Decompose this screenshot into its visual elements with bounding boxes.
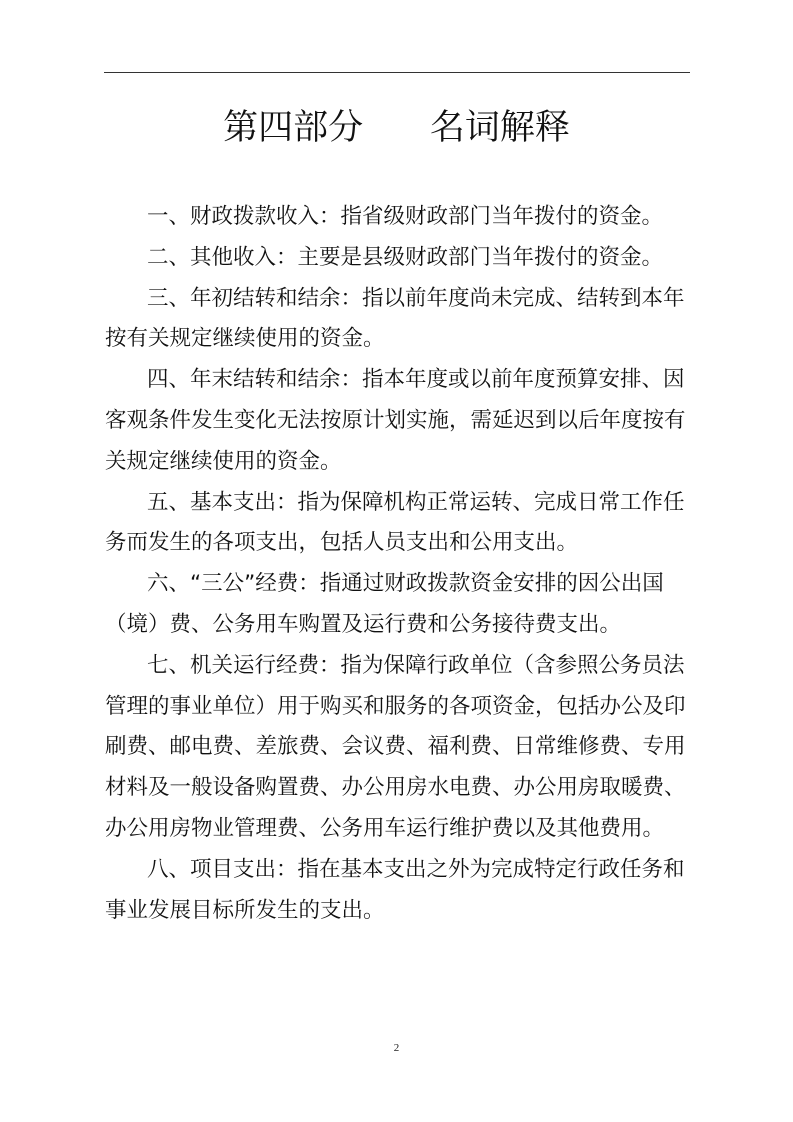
definitions-list: 一、财政拨款收入：指省级财政部门当年拨付的资金。 二、其他收入：主要是县级财政部… bbox=[105, 197, 695, 931]
definition-line: 八、项目支出：指在基本支出之外为完成特定行政任务和 bbox=[105, 850, 695, 891]
definition-line: 七、机关运行经费：指为保障行政单位（含参照公务员法 bbox=[105, 646, 695, 687]
definition-line: 关规定继续使用的资金。 bbox=[105, 442, 695, 483]
definition-line: 四、年末结转和结余：指本年度或以前年度预算安排、因 bbox=[105, 360, 695, 401]
definition-line: 事业发展目标所发生的支出。 bbox=[105, 891, 695, 932]
definition-line: 材料及一般设备购置费、办公用房水电费、办公用房取暖费、 bbox=[105, 768, 695, 809]
definition-line: 按有关规定继续使用的资金。 bbox=[105, 319, 695, 360]
definition-line: 一、财政拨款收入：指省级财政部门当年拨付的资金。 bbox=[105, 197, 695, 238]
header-rule bbox=[104, 72, 690, 73]
definition-item-8: 八、项目支出：指在基本支出之外为完成特定行政任务和 事业发展目标所发生的支出。 bbox=[105, 850, 695, 932]
page-title: 第四部分 名词解释 bbox=[0, 104, 793, 152]
definition-line: 三、年初结转和结余：指以前年度尚未完成、结转到本年 bbox=[105, 279, 695, 320]
definition-line: 客观条件发生变化无法按原计划实施，需延迟到以后年度按有 bbox=[105, 401, 695, 442]
definition-item-2: 二、其他收入：主要是县级财政部门当年拨付的资金。 bbox=[105, 238, 695, 279]
definition-item-1: 一、财政拨款收入：指省级财政部门当年拨付的资金。 bbox=[105, 197, 695, 238]
definition-line: 办公用房物业管理费、公务用车运行维护费以及其他费用。 bbox=[105, 809, 695, 850]
definition-item-5: 五、基本支出：指为保障机构正常运转、完成日常工作任 务而发生的各项支出，包括人员… bbox=[105, 483, 695, 565]
definition-line: 务而发生的各项支出，包括人员支出和公用支出。 bbox=[105, 523, 695, 564]
definition-item-7: 七、机关运行经费：指为保障行政单位（含参照公务员法 管理的事业单位）用于购买和服… bbox=[105, 646, 695, 850]
definition-item-6: 六、“三公”经费：指通过财政拨款资金安排的因公出国 （境）费、公务用车购置及运行… bbox=[105, 564, 695, 646]
definition-line: 二、其他收入：主要是县级财政部门当年拨付的资金。 bbox=[105, 238, 695, 279]
definition-item-3: 三、年初结转和结余：指以前年度尚未完成、结转到本年 按有关规定继续使用的资金。 bbox=[105, 279, 695, 361]
definition-line: 五、基本支出：指为保障机构正常运转、完成日常工作任 bbox=[105, 483, 695, 524]
definition-line: 六、“三公”经费：指通过财政拨款资金安排的因公出国 bbox=[105, 564, 695, 605]
definition-line: 管理的事业单位）用于购买和服务的各项资金，包括办公及印 bbox=[105, 687, 695, 728]
page-number: 2 bbox=[0, 1040, 793, 1056]
definition-item-4: 四、年末结转和结余：指本年度或以前年度预算安排、因 客观条件发生变化无法按原计划… bbox=[105, 360, 695, 482]
definition-line: 刷费、邮电费、差旅费、会议费、福利费、日常维修费、专用 bbox=[105, 727, 695, 768]
definition-line: （境）费、公务用车购置及运行费和公务接待费支出。 bbox=[105, 605, 695, 646]
